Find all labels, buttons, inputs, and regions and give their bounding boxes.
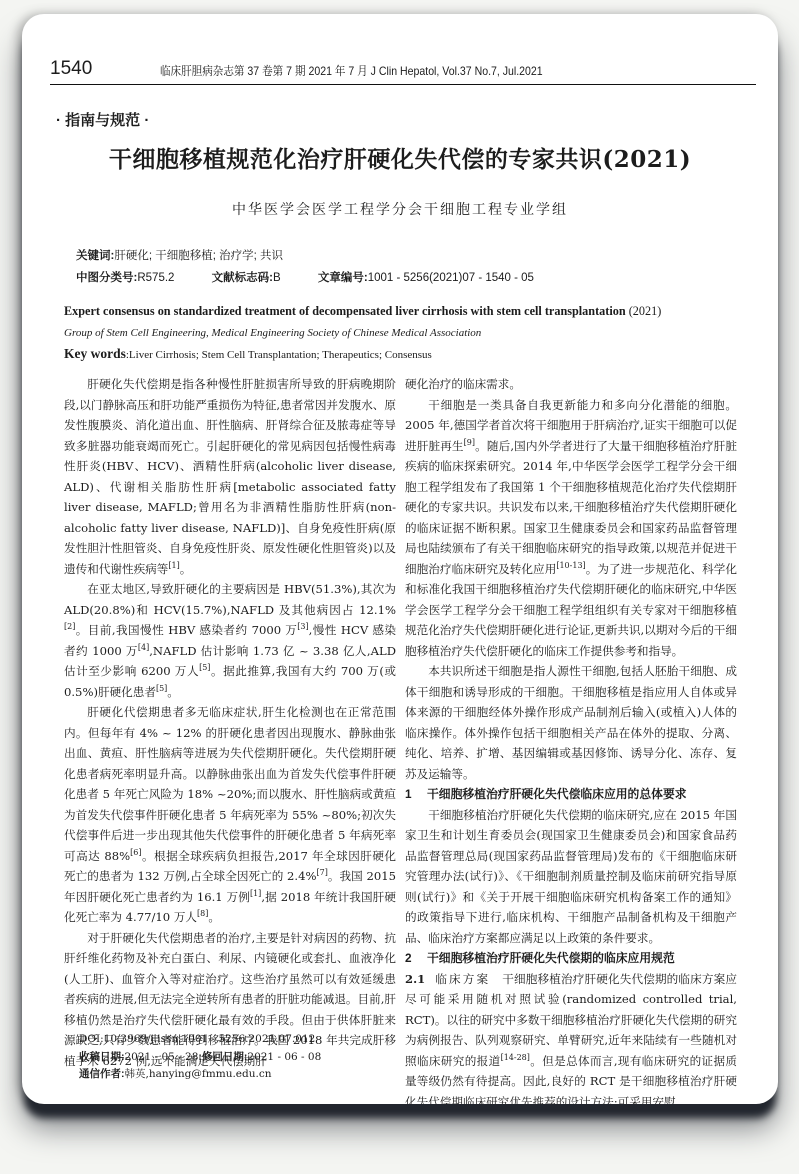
paragraph: 干细胞是一类具备自我更新能力和多向分化潜能的细胞。2005 年,德国学者首次将干… — [405, 395, 737, 662]
paper-page: 1540 临床肝胆病杂志第 37 卷第 7 期 2021 年 7 月 J Cli… — [22, 14, 778, 1104]
authors-en: Group of Stem Cell Engineering, Medical … — [64, 327, 481, 339]
left-column: 肝硬化失代偿期是指各种慢性肝脏损害所导致的肝病晚期阶段,以门静脉高压和肝功能严重… — [64, 374, 396, 1071]
citation-ref[interactable]: [3] — [297, 622, 308, 631]
article-id-label: 文章编号: — [318, 272, 368, 284]
doc-code-value: B — [273, 272, 281, 284]
page-number: 1540 — [50, 58, 160, 84]
article-title-en: Expert consensus on standardized treatme… — [64, 303, 661, 319]
corresponding-author: 通信作者:韩英,hanying@fmmu.edu.cn — [79, 1066, 321, 1084]
citation-ref[interactable]: [7] — [317, 868, 328, 877]
keywords-en-label: Key words — [64, 346, 126, 361]
article-footnote: DOI:10.3969/j.issn.1001 - 5256.2021.07.0… — [79, 1031, 321, 1084]
authors-zh: 中华医学会医学工程学分会干细胞工程专业学组 — [22, 199, 778, 219]
subsection-2-1: 2.1临床方案干细胞移植治疗肝硬化失代偿期的临床方案应尽可能采用随机对照试验(r… — [405, 969, 737, 1105]
subsection-heading: 临床方案 — [435, 972, 490, 986]
citation-ref[interactable]: [1] — [168, 561, 179, 570]
doc-code-label: 文献标志码: — [212, 272, 273, 284]
citation-ref[interactable]: [1] — [250, 889, 261, 898]
citation-ref[interactable]: [5] — [199, 663, 210, 672]
citation-ref[interactable]: [10-13] — [556, 561, 585, 570]
article-title-zh: 干细胞移植规范化治疗肝硬化失代偿的专家共识(2021) — [22, 141, 778, 174]
journal-citation: 临床肝胆病杂志第 37 卷第 7 期 2021 年 7 月 J Clin Hep… — [160, 62, 543, 84]
keywords-zh-label: 关键词: — [76, 250, 114, 262]
keywords-en: Key words:Liver Cirrhosis; Stem Cell Tra… — [64, 346, 432, 362]
revised-date: 2021 - 06 - 08 — [247, 1051, 321, 1063]
citation-ref[interactable]: [5] — [156, 684, 167, 693]
citation-ref[interactable]: [4] — [138, 643, 149, 652]
paragraph: 肝硬化代偿期患者多无临床症状,肝生化检测也在正常范围内。但每年有 4% ~ 12… — [64, 702, 396, 928]
section-heading-2: 2干细胞移植治疗肝硬化失代偿期的临床应用规范 — [405, 948, 737, 969]
citation-ref[interactable]: [14-28] — [501, 1053, 530, 1062]
received-date: 2021 - 05 - 28 — [125, 1051, 199, 1063]
keywords-zh-value: 肝硬化; 干细胞移植; 治疗学; 共识 — [114, 250, 283, 262]
running-header: 1540 临床肝胆病杂志第 37 卷第 7 期 2021 年 7 月 J Cli… — [50, 58, 756, 85]
citation-ref[interactable]: [8] — [197, 909, 208, 918]
dates-line: 收稿日期:2021 - 05 - 28;修回日期:2021 - 06 - 08 — [79, 1049, 321, 1067]
clc-label: 中图分类号: — [76, 272, 137, 284]
paragraph: 在亚太地区,导致肝硬化的主要病因是 HBV(51.3%),其次为 ALD(20.… — [64, 579, 396, 702]
citation-ref[interactable]: [2] — [64, 622, 75, 631]
column-category: · 指南与规范 · — [56, 109, 149, 130]
paragraph: 干细胞移植治疗肝硬化失代偿期的临床研究,应在 2015 年国家卫生和计划生育委员… — [405, 805, 737, 949]
right-column: 硬化治疗的临床需求。 干细胞是一类具备自我更新能力和多向分化潜能的细胞。2005… — [405, 374, 737, 1104]
article-id-value: 1001 - 5256(2021)07 - 1540 - 05 — [368, 272, 534, 284]
paragraph: 本共识所述干细胞是指人源性干细胞,包括人胚胎干细胞、成体干细胞和诱导形成的干细胞… — [405, 661, 737, 784]
author-contact[interactable]: 韩英,hanying@fmmu.edu.cn — [125, 1068, 272, 1080]
section-heading-1: 1干细胞移植治疗肝硬化失代偿临床应用的总体要求 — [405, 784, 737, 805]
keywords-zh: 关键词:肝硬化; 干细胞移植; 治疗学; 共识 — [76, 247, 283, 263]
classification-line: 中图分类号:R575.2 文献标志码:B 文章编号:1001 - 5256(20… — [76, 269, 534, 285]
citation-ref[interactable]: [9] — [464, 438, 475, 447]
title-en-year: (2021) — [626, 303, 662, 318]
keywords-en-value: :Liver Cirrhosis; Stem Cell Transplantat… — [126, 349, 432, 361]
paragraph: 肝硬化失代偿期是指各种慢性肝脏损害所导致的肝病晚期阶段,以门静脉高压和肝功能严重… — [64, 374, 396, 579]
title-en-main: Expert consensus on standardized treatme… — [64, 303, 626, 318]
citation-ref[interactable]: [6] — [130, 848, 141, 857]
paragraph: 硬化治疗的临床需求。 — [405, 374, 737, 395]
doi[interactable]: DOI:10.3969/j.issn.1001 - 5256.2021.07.0… — [79, 1031, 321, 1049]
clc-value: R575.2 — [137, 272, 174, 284]
